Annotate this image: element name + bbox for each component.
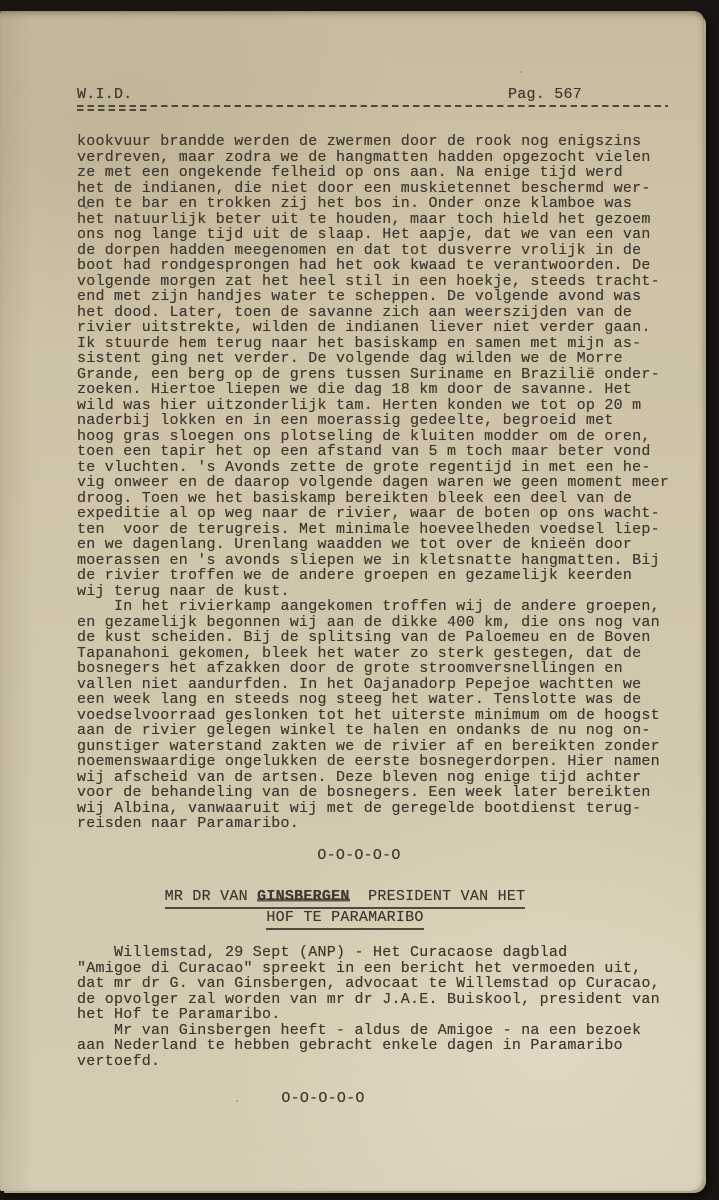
text-line: gunstiger waterstand zakten we de rivier…	[77, 739, 669, 755]
publication-label: W.I.D.	[77, 86, 133, 103]
page-header: W.I.D. Pag. 567	[77, 86, 669, 114]
title-part-pre: MR DR VAN	[165, 888, 258, 905]
text-line: Ik stuurde hem terug naar het basiskamp …	[77, 336, 669, 352]
text-line: wij afscheid van de artsen. Deze bleven …	[77, 770, 669, 786]
text-line: ze met een ongekende felheid op ons aan.…	[77, 165, 669, 181]
text-line: de kust scheiden. Bij de splitsing van d…	[77, 630, 669, 646]
title-line-1: MR DR VAN GINSBERGEN PRESIDENT VAN HET	[165, 888, 526, 909]
page-number: Pag. 567	[508, 86, 582, 103]
text-line: wild was hier uitzonderlijk tam. Herten …	[77, 398, 669, 414]
text-line: Grande, een berg op de grens tussen Suri…	[77, 367, 669, 383]
text-line: vallen niet aandurfden. In het Oajanador…	[77, 677, 669, 693]
title-line-2: HOF TE PARAMARIBO	[266, 909, 423, 930]
text-line: kookvuur brandde werden de zwermen door …	[77, 134, 669, 150]
title-part-name: GINSBERGEN	[257, 888, 350, 905]
text-line: toen een tapir het op een afstand van 5 …	[77, 444, 669, 460]
text-line: reisden naar Paramaribo.	[77, 816, 669, 832]
text-line: aan Nederland te hebben gebracht enkele …	[77, 1038, 669, 1054]
text-line: "Amigoe di Curacao" spreekt in een beric…	[77, 961, 669, 977]
text-line: dat mr dr G. van Ginsbergen, advocaat te…	[77, 976, 669, 992]
text-line: end met zijn handjes water te scheppen. …	[77, 289, 669, 305]
text-line: een week lang en steeds nog steeg het wa…	[77, 692, 669, 708]
text-line: Tapanahoni gekomen, bleek het water zo s…	[77, 646, 669, 662]
text-line: ons nog lange tijd uit de slaap. Het aap…	[77, 227, 669, 243]
text-line: noemenswaardige ongelukken de eerste bos…	[77, 754, 669, 770]
dashed-rule	[77, 105, 668, 107]
text-line: expeditie al op weg naar de rivier, waar…	[77, 506, 669, 522]
article-2-title: MR DR VAN GINSBERGEN PRESIDENT VAN HET H…	[77, 888, 669, 930]
text-line: de rivier troffen we de andere groepen e…	[77, 568, 669, 584]
text-line: bosnegers het afzakken door de grote str…	[77, 661, 669, 677]
text-line: hoog gras sloegen ons plotseling de klui…	[77, 429, 669, 445]
text-line: en we dagenlang. Urenlang waadden we tot…	[77, 537, 669, 553]
text-line: boot had rondgesprongen had het ook kwaa…	[77, 258, 669, 274]
article-1: kookvuur brandde werden de zwermen door …	[77, 134, 669, 832]
text-line: den te bar en trokken zij het bos in. On…	[77, 196, 669, 212]
text-line: zoeken. Hiertoe liepen we die dag 18 km …	[77, 382, 669, 398]
text-line: de dorpen hadden meegenomen en dat tot d…	[77, 243, 669, 259]
text-line: vertoefd.	[77, 1054, 669, 1070]
text-line: In het rivierkamp aangekomen troffen wij…	[77, 599, 669, 615]
text-line: vig onweer en de daarop volgende dagen w…	[77, 475, 669, 491]
text-line: rivier uitstrekte, wilden de indianen li…	[77, 320, 669, 336]
text-line: aan de rivier gelegen winkel te halen en…	[77, 723, 669, 739]
text-line: het natuurlijk beter uit te houden, maar…	[77, 212, 669, 228]
text-line: het Hof te Paramaribo.	[77, 1007, 669, 1023]
text-line: wij Albina, vanwaaruit wij met de gerege…	[77, 801, 669, 817]
section-separator: O-O-O-O-O	[77, 848, 669, 864]
text-line: het dood. Later, toen de savanne zich aa…	[77, 305, 669, 321]
text-line: de opvolger zal worden van mr dr J.A.E. …	[77, 992, 669, 1008]
dashed-rule-double	[77, 109, 147, 111]
page-body: kookvuur brandde werden de zwermen door …	[77, 134, 669, 1107]
text-line: wij terug naar de kust.	[77, 584, 669, 600]
text-line: naderbij lokken en in een moerassig gede…	[77, 413, 669, 429]
text-line: voor de behandeling van de bosnegers. Ee…	[77, 785, 669, 801]
text-line: ten voor de terugreis. Met minimale hoev…	[77, 522, 669, 538]
text-line: volgende morgen zat het heel stil in een…	[77, 274, 669, 290]
text-line: te vluchten. 's Avonds zette de grote re…	[77, 460, 669, 476]
text-line: Mr van Ginsbergen heeft - aldus de Amigo…	[77, 1023, 669, 1039]
photo-background: { "colors": { "paper": "#d0c6ab", "ink":…	[0, 0, 719, 1200]
title-part-post: PRESIDENT VAN HET	[350, 888, 526, 905]
text-line: droog. Toen we het basiskamp bereikten b…	[77, 491, 669, 507]
text-line: het de indianen, die niet door een muski…	[77, 181, 669, 197]
text-line: verdreven, maar zodra we de hangmatten h…	[77, 150, 669, 166]
article-2: Willemstad, 29 Sept (ANP) - Het Curacaos…	[77, 945, 669, 1069]
section-separator: O-O-O-O-O	[77, 1091, 669, 1107]
text-line: Willemstad, 29 Sept (ANP) - Het Curacaos…	[77, 945, 669, 961]
text-line: voedselvoorraad geslonken tot het uiters…	[77, 708, 669, 724]
text-line: moerassen en 's avonds sliepen we in kle…	[77, 553, 669, 569]
text-line: sistent ging net verder. De volgende dag…	[77, 351, 669, 367]
paper-speck	[520, 71, 522, 73]
text-line: en gezamelijk begonnen wij aan de dikke …	[77, 615, 669, 631]
